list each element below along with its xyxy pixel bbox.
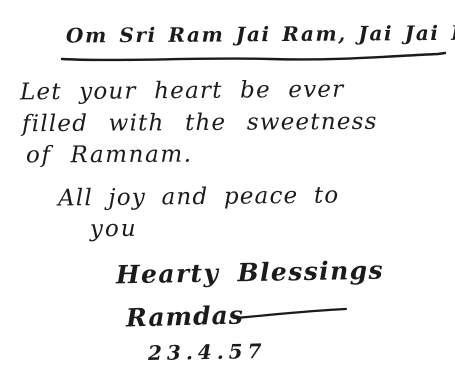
message-line-4: All joy and peace to (58, 183, 340, 212)
handwritten-note-page: Om Sri Ram Jai Ram, Jai Jai Ram Let your… (0, 0, 455, 390)
date-text: 23.4.57 (148, 339, 267, 365)
signature-text: Ramdas (126, 300, 244, 332)
message-line-1: Let your heart be ever (20, 77, 345, 106)
message-line-3: of Ramnam. (26, 142, 193, 169)
signature-flourish-stroke (232, 306, 350, 322)
closing-text: Hearty Blessings (116, 256, 384, 290)
message-line-2: filled with the sweetness (22, 109, 378, 137)
mantra-underline-stroke (60, 50, 448, 64)
mantra-header-text: Om Sri Ram Jai Ram, Jai Jai Ram (66, 20, 455, 47)
message-line-5: you (90, 216, 138, 242)
